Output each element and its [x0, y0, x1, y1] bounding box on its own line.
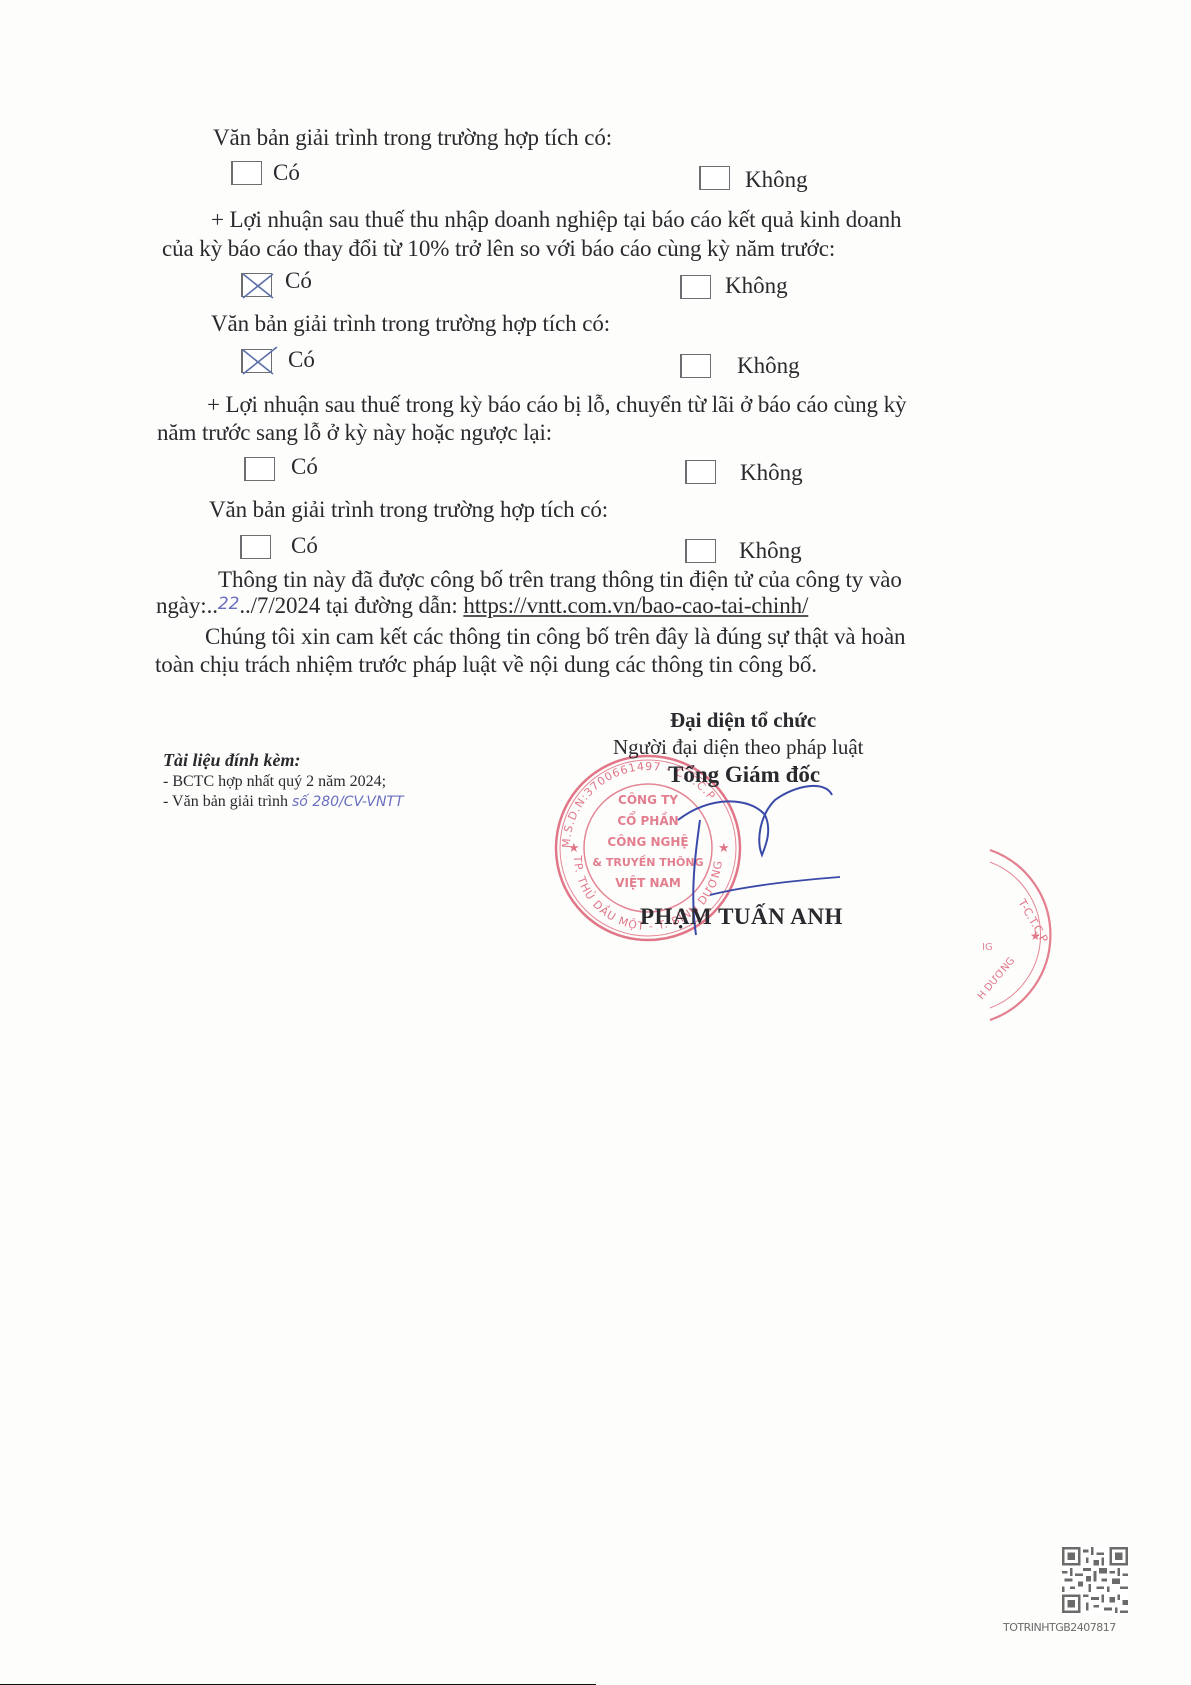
svg-text:★: ★ [568, 840, 580, 855]
checkbox-label-yes: Có [288, 347, 315, 373]
explain-label-1: Văn bản giải trình trong trường hợp tích… [213, 125, 612, 151]
svg-text:& TRUYỀN THÔNG: & TRUYỀN THÔNG [592, 855, 703, 869]
checkbox-loss-no[interactable] [685, 460, 716, 484]
checkbox-label-no: Không [725, 273, 788, 299]
attachments-title: Tài liệu đính kèm: [163, 750, 301, 771]
disclosure-line1: Thông tin này đã được công bố trên trang… [218, 567, 902, 593]
attachment-item-financial-report: - BCTC hợp nhất quý 2 năm 2024; [163, 773, 386, 791]
checkbox-explain-3-yes[interactable] [240, 535, 271, 559]
checkmark-x-icon [239, 270, 279, 302]
signature-org-title: Đại diện tổ chức [670, 708, 816, 733]
attachment-item-explanation: - Văn bản giải trình số 280/CV-VNTT [163, 793, 404, 811]
signature-position: Tổng Giám đốc [668, 762, 820, 788]
handwritten-reference-number: số 280/CV-VNTT [292, 794, 404, 810]
checkbox-profit-change-yes[interactable] [241, 273, 272, 297]
profit-change-criterion-line2: của kỳ báo cáo thay đổi từ 10% trở lên s… [162, 236, 835, 262]
svg-text:CỔ PHẦN: CỔ PHẦN [617, 811, 678, 828]
qr-caption: TOTRINHTGB2407817 [1003, 1621, 1116, 1634]
checkbox-label-no: Không [739, 538, 802, 564]
svg-text:CÔNG TY: CÔNG TY [618, 792, 678, 807]
svg-text:H DƯƠNG: H DƯƠNG [976, 956, 1017, 1002]
svg-text:VIỆT NAM: VIỆT NAM [615, 875, 681, 890]
disclosure-line2: ngày:..22../7/2024 tại đường dẫn: https:… [156, 593, 808, 619]
disclosure-url-link[interactable]: https://vntt.com.vn/bao-cao-tai-chinh/ [463, 593, 808, 618]
svg-text:IG: IG [982, 942, 993, 953]
loss-criterion-line2: năm trước sang lỗ ở kỳ này hoặc ngược lạ… [157, 420, 552, 446]
edge-seal-stamp-partial: T-C.T.C.P ★ IG H DƯƠNG [960, 840, 1060, 1040]
date-prefix: ngày:.. [156, 593, 218, 618]
checkbox-label-no: Không [740, 460, 803, 486]
svg-text:★: ★ [718, 840, 730, 855]
handwritten-date: 22 [218, 594, 239, 614]
commitment-line1: Chúng tôi xin cam kết các thông tin công… [205, 624, 905, 650]
checkbox-explain-2-yes[interactable] [241, 349, 272, 373]
loss-criterion-line1: + Lợi nhuận sau thuế trong kỳ báo cáo bị… [207, 392, 906, 418]
checkbox-loss-yes[interactable] [244, 457, 275, 481]
explain-label-3: Văn bản giải trình trong trường hợp tích… [209, 497, 608, 523]
commitment-line2: toàn chịu trách nhiệm trước pháp luật về… [155, 652, 817, 678]
checkbox-explain-1-yes[interactable] [231, 161, 262, 185]
checkbox-explain-2-no[interactable] [680, 354, 711, 378]
checkbox-label-yes: Có [291, 533, 318, 559]
checkbox-profit-change-no[interactable] [680, 275, 711, 299]
checkbox-label-yes: Có [285, 268, 312, 294]
attachment-item-explanation-text: - Văn bản giải trình [163, 793, 292, 810]
qr-code-icon [1062, 1547, 1128, 1613]
checkbox-label-no: Không [745, 167, 808, 193]
svg-text:CÔNG NGHỆ: CÔNG NGHỆ [607, 834, 688, 849]
date-suffix: ../7/2024 tại đường dẫn: [239, 593, 463, 618]
checkbox-label-no: Không [737, 353, 800, 379]
checkbox-label-yes: Có [291, 454, 318, 480]
signatory-name: PHẠM TUẤN ANH [640, 904, 843, 930]
signature-role-line: Người đại diện theo pháp luật [613, 735, 864, 760]
checkmark-x-icon [239, 346, 279, 378]
checkbox-explain-3-no[interactable] [685, 539, 716, 563]
explain-label-2: Văn bản giải trình trong trường hợp tích… [211, 311, 610, 337]
svg-text:★: ★ [1030, 929, 1041, 943]
checkbox-explain-1-no[interactable] [699, 166, 730, 190]
profit-change-criterion-line1: + Lợi nhuận sau thuế thu nhập doanh nghi… [211, 207, 901, 233]
checkbox-label-yes: Có [273, 160, 300, 186]
svg-text:T-C.T.C.P: T-C.T.C.P [1015, 896, 1051, 945]
